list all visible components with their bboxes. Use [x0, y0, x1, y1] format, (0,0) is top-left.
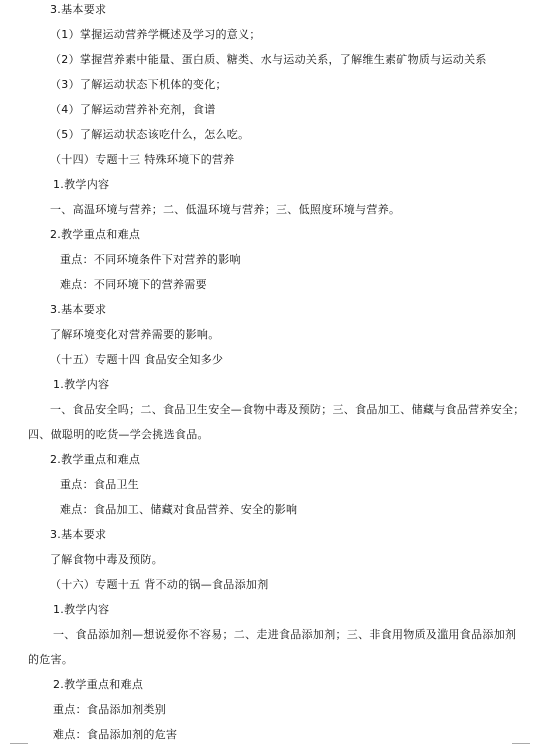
topic-heading-16: （十六）专题十五 背不动的锅—食品添加剂: [50, 578, 269, 592]
teaching-content-text-cont: 四、做聪明的吃货—学会挑选食品。: [28, 428, 209, 442]
teaching-content-text: 一、食品添加剂—想说爱你不容易；二、走进食品添加剂；三、非食用物质及滥用食品添加…: [53, 628, 516, 642]
requirement-text: 了解食物中毒及预防。: [50, 553, 163, 567]
topic-heading-15: （十五）专题十四 食品安全知多少: [50, 353, 223, 367]
teaching-content-text: 一、高温环境与营养；二、低温环境与营养；三、低照度环境与营养。: [50, 203, 400, 217]
requirement-item-2: （2）掌握营养素中能量、蛋白质、糖类、水与运动关系，了解维生素矿物质与运动关系: [50, 53, 487, 67]
subheading-teaching-content: 1.教学内容: [53, 378, 109, 392]
subheading-basic-requirements: 3.基本要求: [50, 303, 106, 317]
subheading-teaching-content: 1.教学内容: [53, 603, 109, 617]
teaching-content-text-cont: 的危害。: [28, 653, 73, 667]
key-point-text: 重点：不同环境条件下对营养的影响: [60, 253, 241, 267]
subheading-key-points: 2.教学重点和难点: [53, 678, 143, 692]
topic-heading-14: （十四）专题十三 特殊环境下的营养: [50, 153, 235, 167]
section-heading-basic-requirements: 3.基本要求: [50, 3, 106, 17]
page-corner-mark-left: [10, 743, 28, 744]
subheading-teaching-content: 1.教学内容: [53, 178, 109, 192]
subheading-key-points: 2.教学重点和难点: [50, 453, 140, 467]
requirement-item-3: （3）了解运动状态下机体的变化；: [50, 78, 227, 92]
subheading-basic-requirements: 3.基本要求: [50, 528, 106, 542]
requirement-item-4: （4）了解运动营养补充剂，食谱: [50, 103, 216, 117]
difficulty-text: 难点：不同环境下的营养需要: [60, 278, 207, 292]
requirement-item-5: （5）了解运动状态该吃什么，怎么吃。: [50, 128, 249, 142]
key-point-text: 重点：食品卫生: [60, 478, 139, 492]
requirement-item-1: （1）掌握运动营养学概述及学习的意义；: [50, 28, 261, 42]
requirement-text: 了解环境变化对营养需要的影响。: [50, 328, 220, 342]
difficulty-text: 难点：食品添加剂的危害: [53, 728, 177, 742]
page-corner-mark-right: [512, 743, 530, 744]
difficulty-text: 难点：食品加工、储藏对食品营养、安全的影响: [60, 503, 297, 517]
teaching-content-text: 一、食品安全吗；二、食品卫生安全—食物中毒及预防；三、食品加工、储藏与食品营养安…: [50, 403, 525, 417]
key-point-text: 重点：食品添加剂类别: [53, 703, 166, 717]
subheading-key-points: 2.教学重点和难点: [50, 228, 140, 242]
